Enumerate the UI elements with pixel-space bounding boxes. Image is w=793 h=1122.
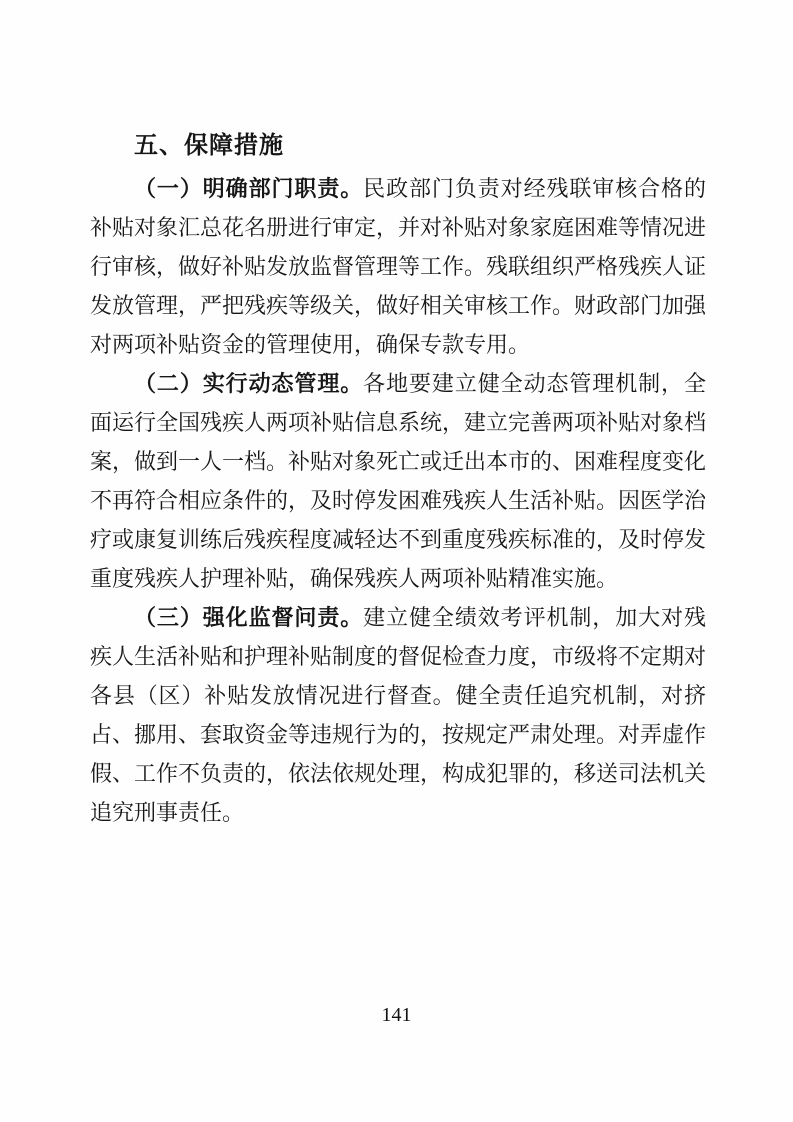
page-number: 141 [0, 1003, 793, 1027]
page-content: 五、保障措施 （一）明确部门职责。民政部门负责对经残联审核合格的补贴对象汇总花名… [90, 126, 706, 832]
paragraph: （三）强化监督问责。建立健全绩效考评机制，加大对残疾人生活补贴和护理补贴制度的督… [90, 598, 706, 832]
paragraph-text: 建立健全绩效考评机制，加大对残疾人生活补贴和护理补贴制度的督促检查力度，市级将不… [90, 605, 706, 825]
section-heading: 五、保障措施 [90, 126, 706, 165]
paragraph-lead: （三）强化监督问责。 [134, 605, 363, 630]
paragraphs: （一）明确部门职责。民政部门负责对经残联审核合格的补贴对象汇总花名册进行审定，并… [90, 169, 706, 832]
document-page: 五、保障措施 （一）明确部门职责。民政部门负责对经残联审核合格的补贴对象汇总花名… [0, 0, 793, 1122]
paragraph-text: 民政部门负责对经残联审核合格的补贴对象汇总花名册进行审定，并对补贴对象家庭困难等… [90, 176, 706, 357]
paragraph: （二）实行动态管理。各地要建立健全动态管理机制，全面运行全国残疾人两项补贴信息系… [90, 364, 706, 598]
paragraph-lead: （一）明确部门职责。 [134, 176, 363, 201]
paragraph: （一）明确部门职责。民政部门负责对经残联审核合格的补贴对象汇总花名册进行审定，并… [90, 169, 706, 364]
paragraph-text: 各地要建立健全动态管理机制，全面运行全国残疾人两项补贴信息系统，建立完善两项补贴… [90, 371, 706, 591]
paragraph-lead: （二）实行动态管理。 [134, 371, 363, 396]
